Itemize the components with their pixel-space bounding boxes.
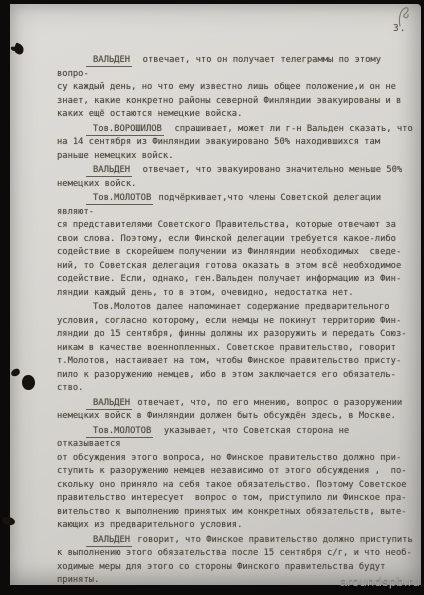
paragraph-text: подчёркивает,что члены Советской делегац…: [57, 193, 401, 298]
speaker-name: ВАЛЬДЕН: [86, 535, 132, 547]
speaker-name: Тов.МОЛОТОВ: [86, 193, 153, 205]
paragraph: Тов.МОЛОТОВ указывает, что Советская сто…: [57, 425, 413, 533]
speaker-name: Тов.МОЛОТОВ: [86, 426, 153, 438]
paragraph-text: указывает, что Советская сторона не отка…: [57, 426, 407, 531]
paragraph: Тов.МОЛОТОВ подчёркивает,что члены Совет…: [57, 192, 413, 300]
paragraph: Тов.Молотов далее напоминает содержание …: [57, 301, 413, 396]
paragraph: Тов.ВОРОШИЛОВ спрашивает, может ли г-н В…: [57, 123, 413, 164]
ink-blot: [22, 375, 35, 390]
scanned-document: 3. ВАЛЬДЕН отвечает, что он получает тел…: [0, 0, 424, 595]
speaker-name: Тов.ВОРОШИЛОВ: [86, 124, 164, 136]
paragraph: ВАЛЬДЕН отвечает, что эвакуировано значи…: [57, 164, 413, 191]
paragraph-text: далее напоминает содержание предваритель…: [57, 302, 407, 393]
page-number: 3.: [393, 23, 406, 34]
speaker-name: Тов.Молотов: [93, 302, 151, 312]
watermark: aroundspb.ru: [340, 574, 420, 589]
document-body: ВАЛЬДЕН отвечает, что он получает телегр…: [57, 54, 413, 589]
paragraph: ВАЛЬДЕН отвечает, что, по его мнению, во…: [57, 397, 413, 424]
paragraph: ВАЛЬДЕН отвечает, что он получает телегр…: [57, 54, 413, 122]
speaker-name: ВАЛЬДЕН: [86, 55, 132, 67]
speaker-name: ВАЛЬДЕН: [86, 398, 132, 410]
speaker-name: ВАЛЬДЕН: [86, 165, 132, 177]
